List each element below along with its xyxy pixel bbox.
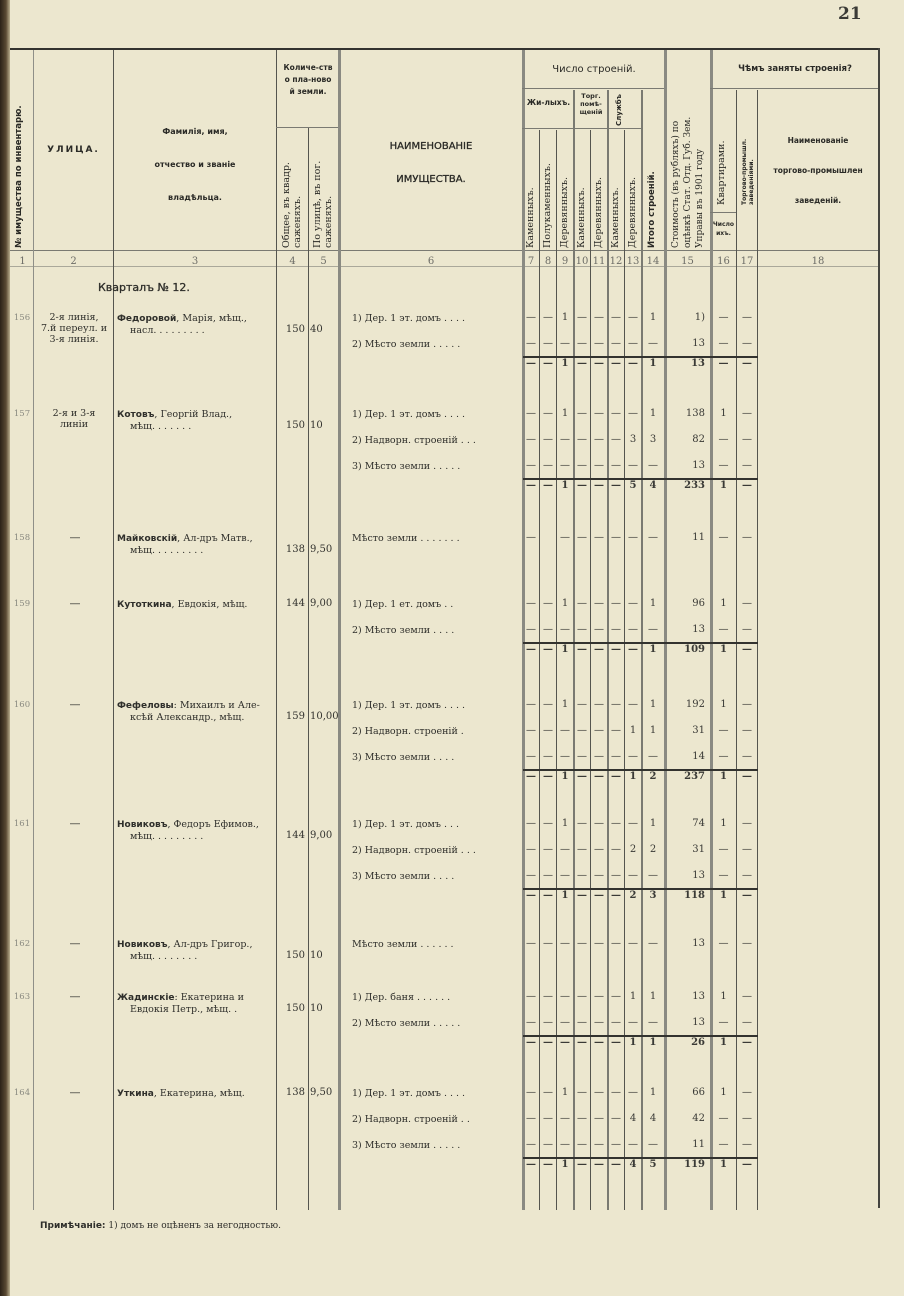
value-cell: — bbox=[625, 1017, 641, 1028]
header-rule bbox=[522, 128, 641, 129]
value-cell: — bbox=[711, 1017, 736, 1028]
street-line: линіи bbox=[36, 419, 112, 430]
total-cell: — bbox=[608, 771, 624, 782]
total-cell: 2 bbox=[642, 771, 664, 782]
value-cell: — bbox=[608, 408, 624, 419]
street-length: 10 bbox=[310, 420, 336, 431]
header-line: По улицѣ, въ пог. bbox=[312, 161, 323, 248]
value-cell: — bbox=[540, 434, 556, 445]
total-cell: — bbox=[540, 480, 556, 491]
value-cell: 2 bbox=[625, 844, 641, 855]
page-number: 21 bbox=[838, 4, 862, 24]
header-col15: Стоимость (въ рубляхъ) по оцѣнкѣ Стат. О… bbox=[670, 117, 706, 248]
value-cell: — bbox=[737, 818, 757, 829]
column-number: 1 bbox=[12, 256, 33, 267]
total-cell: — bbox=[737, 358, 757, 369]
value-cell: — bbox=[711, 938, 736, 949]
owner-given: , Евдокія, мѣщ. bbox=[172, 599, 248, 610]
owner-surname: Новиковъ bbox=[117, 940, 167, 950]
total-cell: — bbox=[608, 644, 624, 655]
total-cell: 1 bbox=[557, 1159, 573, 1170]
value-cell: — bbox=[591, 870, 607, 881]
header-col8: Полукаменныхъ. bbox=[542, 163, 553, 248]
value-cell: — bbox=[608, 338, 624, 349]
value-cell: — bbox=[737, 1113, 757, 1124]
header-line: торгово-промышлен bbox=[758, 156, 878, 186]
value-cell: 1 bbox=[642, 312, 664, 323]
value-cell: — bbox=[574, 1017, 590, 1028]
value-cell: — bbox=[591, 1139, 607, 1150]
property-item: 2) Мѣсто земли . . . . . bbox=[352, 338, 460, 351]
header-owner-line: владѣльца. bbox=[114, 181, 276, 214]
value-cell: 13 bbox=[665, 624, 705, 635]
total-cell: 1 bbox=[642, 358, 664, 369]
property-item: 2) Надворн. строеній . . . bbox=[352, 844, 476, 857]
value-cell: — bbox=[591, 751, 607, 762]
value-cell: — bbox=[625, 1139, 641, 1150]
header-property-line: НАИМЕНОВАНІЕ bbox=[340, 130, 522, 163]
value-cell: — bbox=[557, 991, 573, 1002]
value-cell: — bbox=[540, 725, 556, 736]
header-col12: Каменныхъ. bbox=[610, 187, 621, 248]
value-cell: — bbox=[737, 460, 757, 471]
value-cell: — bbox=[608, 844, 624, 855]
column-number: 4 bbox=[277, 256, 308, 267]
value-cell: — bbox=[591, 1017, 607, 1028]
value-cell: — bbox=[557, 338, 573, 349]
value-cell: 13 bbox=[665, 338, 705, 349]
value-cell: 1 bbox=[557, 699, 573, 710]
total-cell: — bbox=[574, 890, 590, 901]
header-line: Общее, въ квадр. bbox=[281, 162, 292, 248]
total-cell: — bbox=[523, 358, 539, 369]
value-cell: 1 bbox=[557, 408, 573, 419]
value-cell: — bbox=[711, 751, 736, 762]
value-cell: 14 bbox=[665, 751, 705, 762]
area-total: 150 bbox=[277, 324, 305, 335]
value-cell: 1 bbox=[557, 1087, 573, 1098]
total-cell: — bbox=[625, 644, 641, 655]
value-cell: — bbox=[608, 1139, 624, 1150]
col-divider bbox=[624, 130, 625, 1210]
total-cell: — bbox=[737, 1037, 757, 1048]
owner-surname: Кутоткина bbox=[117, 600, 172, 610]
value-cell: — bbox=[523, 991, 539, 1002]
value-cell: — bbox=[574, 1087, 590, 1098]
total-cell: 1 bbox=[711, 1037, 736, 1048]
value-cell: — bbox=[591, 598, 607, 609]
street-length: 10,00 bbox=[310, 711, 336, 722]
value-cell: — bbox=[625, 751, 641, 762]
value-cell: — bbox=[540, 624, 556, 635]
value-cell: — bbox=[608, 434, 624, 445]
table-top-border bbox=[10, 48, 878, 50]
column-number: 11 bbox=[591, 256, 607, 267]
value-cell: 4 bbox=[625, 1113, 641, 1124]
street-dash: — bbox=[55, 990, 95, 1003]
column-number: 13 bbox=[625, 256, 641, 267]
value-cell: — bbox=[574, 870, 590, 881]
value-cell: — bbox=[608, 725, 624, 736]
value-cell: 1 bbox=[642, 991, 664, 1002]
value-cell: 1 bbox=[642, 818, 664, 829]
value-cell: — bbox=[711, 312, 736, 323]
property-item: 3) Мѣсто земли . . . . . bbox=[352, 1139, 460, 1152]
header-owner-line: отчество и званіе bbox=[114, 148, 276, 181]
value-cell: — bbox=[642, 338, 664, 349]
total-cell: 26 bbox=[665, 1037, 705, 1048]
header-property-line: ИМУЩЕСТВА. bbox=[340, 163, 522, 196]
owner-line2: Евдокія Петр., мѣщ. . bbox=[130, 1003, 237, 1016]
col-divider bbox=[556, 130, 557, 1210]
street-length: 9,50 bbox=[310, 1087, 336, 1098]
total-cell: — bbox=[608, 480, 624, 491]
value-cell: — bbox=[608, 751, 624, 762]
value-cell: — bbox=[591, 938, 607, 949]
value-cell: — bbox=[540, 844, 556, 855]
total-cell: 1 bbox=[642, 644, 664, 655]
value-cell: — bbox=[642, 1017, 664, 1028]
value-cell: — bbox=[523, 1139, 539, 1150]
area-total: 150 bbox=[277, 1003, 305, 1014]
header-owner-line: Фамилія, имя, bbox=[114, 115, 276, 148]
inventory-number: 157 bbox=[10, 409, 34, 419]
section-title: Кварталъ № 12. bbox=[98, 281, 190, 294]
value-cell: — bbox=[540, 751, 556, 762]
value-cell: — bbox=[523, 598, 539, 609]
column-number: 12 bbox=[608, 256, 624, 267]
value-cell: 13 bbox=[665, 460, 705, 471]
header-service-group: Службъ bbox=[614, 94, 625, 126]
total-cell: 237 bbox=[665, 771, 705, 782]
value-cell: — bbox=[642, 624, 664, 635]
value-cell: 1 bbox=[711, 818, 736, 829]
value-cell: — bbox=[642, 751, 664, 762]
value-cell: — bbox=[591, 725, 607, 736]
value-cell: 192 bbox=[665, 699, 705, 710]
owner-given: , Ал-дръ Григор., bbox=[167, 939, 252, 950]
value-cell: — bbox=[574, 751, 590, 762]
value-cell: — bbox=[737, 1139, 757, 1150]
total-cell: 119 bbox=[665, 1159, 705, 1170]
value-cell: 31 bbox=[665, 844, 705, 855]
value-cell: 11 bbox=[665, 532, 705, 543]
total-cell: 3 bbox=[642, 890, 664, 901]
property-item: 1) Дер. баня . . . . . . bbox=[352, 991, 450, 1004]
value-cell: — bbox=[625, 532, 641, 543]
value-cell: — bbox=[574, 938, 590, 949]
value-cell: — bbox=[608, 1087, 624, 1098]
value-cell: — bbox=[523, 460, 539, 471]
total-cell: — bbox=[737, 644, 757, 655]
street-length: 9,50 bbox=[310, 544, 336, 555]
value-cell: — bbox=[574, 598, 590, 609]
column-number: 14 bbox=[642, 256, 664, 267]
value-cell: — bbox=[523, 1113, 539, 1124]
header-trade-group: Торг. помѣ-щеній bbox=[575, 92, 607, 116]
value-cell: — bbox=[591, 1113, 607, 1124]
value-cell: 1) bbox=[665, 312, 705, 323]
value-cell: — bbox=[625, 1087, 641, 1098]
value-cell: — bbox=[737, 725, 757, 736]
value-cell: 1 bbox=[711, 699, 736, 710]
value-cell: — bbox=[591, 1087, 607, 1098]
total-cell: — bbox=[557, 1037, 573, 1048]
value-cell: 1 bbox=[642, 699, 664, 710]
value-cell: — bbox=[642, 532, 664, 543]
total-cell: 2 bbox=[625, 890, 641, 901]
value-cell: — bbox=[574, 725, 590, 736]
owner-surname: Новиковъ bbox=[117, 820, 167, 830]
column-number: 7 bbox=[523, 256, 539, 267]
header-rule bbox=[276, 127, 338, 128]
header-col16-sub: Число ихъ. bbox=[711, 220, 736, 238]
value-cell: — bbox=[557, 725, 573, 736]
total-cell: — bbox=[737, 1159, 757, 1170]
value-cell: 1 bbox=[711, 408, 736, 419]
value-cell: 4 bbox=[642, 1113, 664, 1124]
owner-surname: Фефеловы bbox=[117, 701, 174, 711]
owner-line2: ксѣй Александр., мѣщ. bbox=[130, 711, 244, 724]
value-cell: — bbox=[608, 312, 624, 323]
value-cell: — bbox=[711, 532, 736, 543]
value-cell: 1 bbox=[625, 991, 641, 1002]
street-length: 10 bbox=[310, 950, 336, 961]
value-cell: 138 bbox=[665, 408, 705, 419]
inventory-number: 160 bbox=[10, 700, 34, 710]
total-cell: — bbox=[523, 771, 539, 782]
inventory-number: 164 bbox=[10, 1088, 34, 1098]
header-inventory-no: № имущества по инвентарю. bbox=[14, 105, 25, 248]
value-cell: — bbox=[711, 1113, 736, 1124]
owner-surname: Котовъ bbox=[117, 410, 154, 420]
header-line: Управы въ 1901 году bbox=[694, 117, 706, 248]
value-cell: — bbox=[540, 1017, 556, 1028]
total-cell: — bbox=[608, 358, 624, 369]
value-cell: — bbox=[711, 725, 736, 736]
property-item: 1) Дер. 1 эт. домъ . . . . bbox=[352, 699, 465, 712]
total-cell: 1 bbox=[711, 480, 736, 491]
value-cell: — bbox=[608, 938, 624, 949]
value-cell: — bbox=[737, 699, 757, 710]
value-cell: — bbox=[608, 1113, 624, 1124]
inventory-number: 156 bbox=[10, 313, 34, 323]
value-cell: 96 bbox=[665, 598, 705, 609]
value-cell: — bbox=[591, 532, 607, 543]
value-cell: — bbox=[540, 598, 556, 609]
total-cell: 109 bbox=[665, 644, 705, 655]
value-cell: — bbox=[540, 699, 556, 710]
column-number: 9 bbox=[557, 256, 573, 267]
total-cell: — bbox=[574, 771, 590, 782]
header-col11: Деревянныхъ. bbox=[593, 177, 604, 248]
property-item: 2) Надворн. строеній . bbox=[352, 725, 464, 738]
area-total: 159 bbox=[277, 711, 305, 722]
value-cell: — bbox=[625, 624, 641, 635]
value-cell: — bbox=[540, 870, 556, 881]
total-cell: 5 bbox=[642, 1159, 664, 1170]
value-cell: 13 bbox=[665, 991, 705, 1002]
value-cell: — bbox=[540, 460, 556, 471]
value-cell: 1 bbox=[711, 598, 736, 609]
value-cell: — bbox=[523, 1017, 539, 1028]
value-cell: 66 bbox=[665, 1087, 705, 1098]
header-property: НАИМЕНОВАНІЕ ИМУЩЕСТВА. bbox=[340, 130, 522, 196]
header-rule bbox=[710, 212, 736, 213]
total-cell: — bbox=[540, 890, 556, 901]
total-cell: 4 bbox=[642, 480, 664, 491]
owner-line2: мѣщ. . . . . . . . . bbox=[130, 830, 203, 843]
value-cell: — bbox=[625, 312, 641, 323]
value-cell: — bbox=[523, 725, 539, 736]
table-right-border bbox=[878, 48, 880, 1208]
value-cell: — bbox=[642, 1139, 664, 1150]
value-cell: — bbox=[574, 624, 590, 635]
value-cell: — bbox=[574, 844, 590, 855]
value-cell: — bbox=[557, 938, 573, 949]
value-cell: — bbox=[540, 338, 556, 349]
property-item: 1) Дер. 1 эт. домъ . . . . bbox=[352, 1087, 465, 1100]
column-number: 17 bbox=[737, 256, 757, 267]
value-cell: — bbox=[523, 844, 539, 855]
total-cell: 233 bbox=[665, 480, 705, 491]
value-cell: — bbox=[737, 1017, 757, 1028]
street-line: 7.й переул. и bbox=[36, 323, 112, 334]
col-divider bbox=[539, 130, 540, 1210]
header-land-group: Количе-ство пла-новой земли. bbox=[282, 62, 334, 98]
property-item: 2) Мѣсто земли . . . . bbox=[352, 624, 454, 637]
value-cell: 1 bbox=[711, 1087, 736, 1098]
total-cell: — bbox=[737, 771, 757, 782]
total-cell: — bbox=[608, 1159, 624, 1170]
value-cell: 31 bbox=[665, 725, 705, 736]
value-cell: — bbox=[625, 598, 641, 609]
footnote: Примѣчаніе: 1) домъ не оцѣненъ за негодн… bbox=[40, 1220, 281, 1233]
total-cell: — bbox=[711, 358, 736, 369]
value-cell: 1 bbox=[642, 725, 664, 736]
value-cell: — bbox=[523, 312, 539, 323]
value-cell: 13 bbox=[665, 870, 705, 881]
value-cell: — bbox=[642, 938, 664, 949]
book-spine bbox=[0, 0, 10, 1296]
property-item: 1) Дер. 1 эт. домъ . . . . bbox=[352, 408, 465, 421]
total-cell: — bbox=[574, 644, 590, 655]
value-cell: — bbox=[557, 434, 573, 445]
value-cell: — bbox=[608, 699, 624, 710]
header-col16: Квартирами. bbox=[716, 140, 727, 205]
total-cell: 1 bbox=[711, 644, 736, 655]
value-cell: — bbox=[591, 460, 607, 471]
value-cell: — bbox=[625, 938, 641, 949]
value-cell: — bbox=[642, 460, 664, 471]
col-divider bbox=[590, 130, 591, 1210]
area-total: 150 bbox=[277, 420, 305, 431]
total-cell: — bbox=[574, 1159, 590, 1170]
area-total: 144 bbox=[277, 598, 305, 609]
owner-given: , Федоръ Ефимов., bbox=[167, 819, 258, 830]
header-street-length: По улицѣ, въ пог.саженяхъ. bbox=[312, 161, 334, 248]
col-divider bbox=[338, 50, 341, 1210]
value-cell: — bbox=[711, 338, 736, 349]
total-cell: — bbox=[523, 1037, 539, 1048]
value-cell: — bbox=[591, 991, 607, 1002]
value-cell: — bbox=[711, 870, 736, 881]
total-cell: 1 bbox=[711, 771, 736, 782]
value-cell: — bbox=[523, 434, 539, 445]
total-cell: 118 bbox=[665, 890, 705, 901]
value-cell: — bbox=[608, 991, 624, 1002]
value-cell: — bbox=[711, 460, 736, 471]
total-cell: — bbox=[591, 480, 607, 491]
value-cell: — bbox=[574, 1113, 590, 1124]
owner-given: : Екатерина и bbox=[175, 992, 244, 1003]
value-cell: — bbox=[625, 818, 641, 829]
value-cell: — bbox=[523, 938, 539, 949]
value-cell: 3 bbox=[642, 434, 664, 445]
value-cell: — bbox=[591, 818, 607, 829]
value-cell: — bbox=[540, 408, 556, 419]
value-cell: 1 bbox=[642, 1087, 664, 1098]
header-line: Стоимость (въ рубляхъ) по bbox=[670, 117, 682, 248]
value-cell: — bbox=[557, 624, 573, 635]
total-cell: — bbox=[523, 644, 539, 655]
total-cell: 1 bbox=[557, 480, 573, 491]
value-cell: — bbox=[557, 460, 573, 471]
value-cell: 1 bbox=[557, 312, 573, 323]
area-total: 150 bbox=[277, 950, 305, 961]
street-dash: — bbox=[55, 937, 95, 950]
value-cell: — bbox=[574, 460, 590, 471]
header-col17: Торгово-промышл. заведеніями. bbox=[741, 115, 755, 205]
total-cell: 1 bbox=[625, 771, 641, 782]
header-usage-group: Чѣмъ заняты строенія? bbox=[712, 64, 878, 74]
value-cell: 1 bbox=[711, 991, 736, 1002]
value-cell: — bbox=[591, 624, 607, 635]
street-length: 10 bbox=[310, 1003, 336, 1014]
value-cell: — bbox=[574, 312, 590, 323]
col-divider bbox=[308, 128, 309, 1210]
total-cell: 4 bbox=[625, 1159, 641, 1170]
value-cell: — bbox=[625, 870, 641, 881]
value-cell: 74 bbox=[665, 818, 705, 829]
value-cell: 82 bbox=[665, 434, 705, 445]
street-dash: — bbox=[55, 531, 95, 544]
value-cell: — bbox=[557, 532, 573, 543]
value-cell: — bbox=[625, 460, 641, 471]
total-cell: — bbox=[540, 771, 556, 782]
street-dash: — bbox=[55, 597, 95, 610]
owner-line2: насл. . . . . . . . . bbox=[130, 324, 205, 337]
total-cell: — bbox=[608, 890, 624, 901]
value-cell: — bbox=[523, 532, 539, 543]
total-cell: 1 bbox=[557, 358, 573, 369]
value-cell: 13 bbox=[665, 1017, 705, 1028]
footnote-text: 1) домъ не оцѣненъ за негодностью. bbox=[106, 1221, 281, 1231]
column-number: 10 bbox=[574, 256, 590, 267]
value-cell: — bbox=[557, 1017, 573, 1028]
total-cell: — bbox=[608, 1037, 624, 1048]
total-cell: — bbox=[574, 358, 590, 369]
area-total: 138 bbox=[277, 544, 305, 555]
value-cell: — bbox=[711, 624, 736, 635]
value-cell: — bbox=[608, 460, 624, 471]
inventory-number: 163 bbox=[10, 992, 34, 1002]
column-number: 16 bbox=[711, 256, 736, 267]
value-cell: — bbox=[523, 870, 539, 881]
value-cell: — bbox=[711, 844, 736, 855]
column-number: 5 bbox=[309, 256, 338, 267]
total-cell: 13 bbox=[665, 358, 705, 369]
